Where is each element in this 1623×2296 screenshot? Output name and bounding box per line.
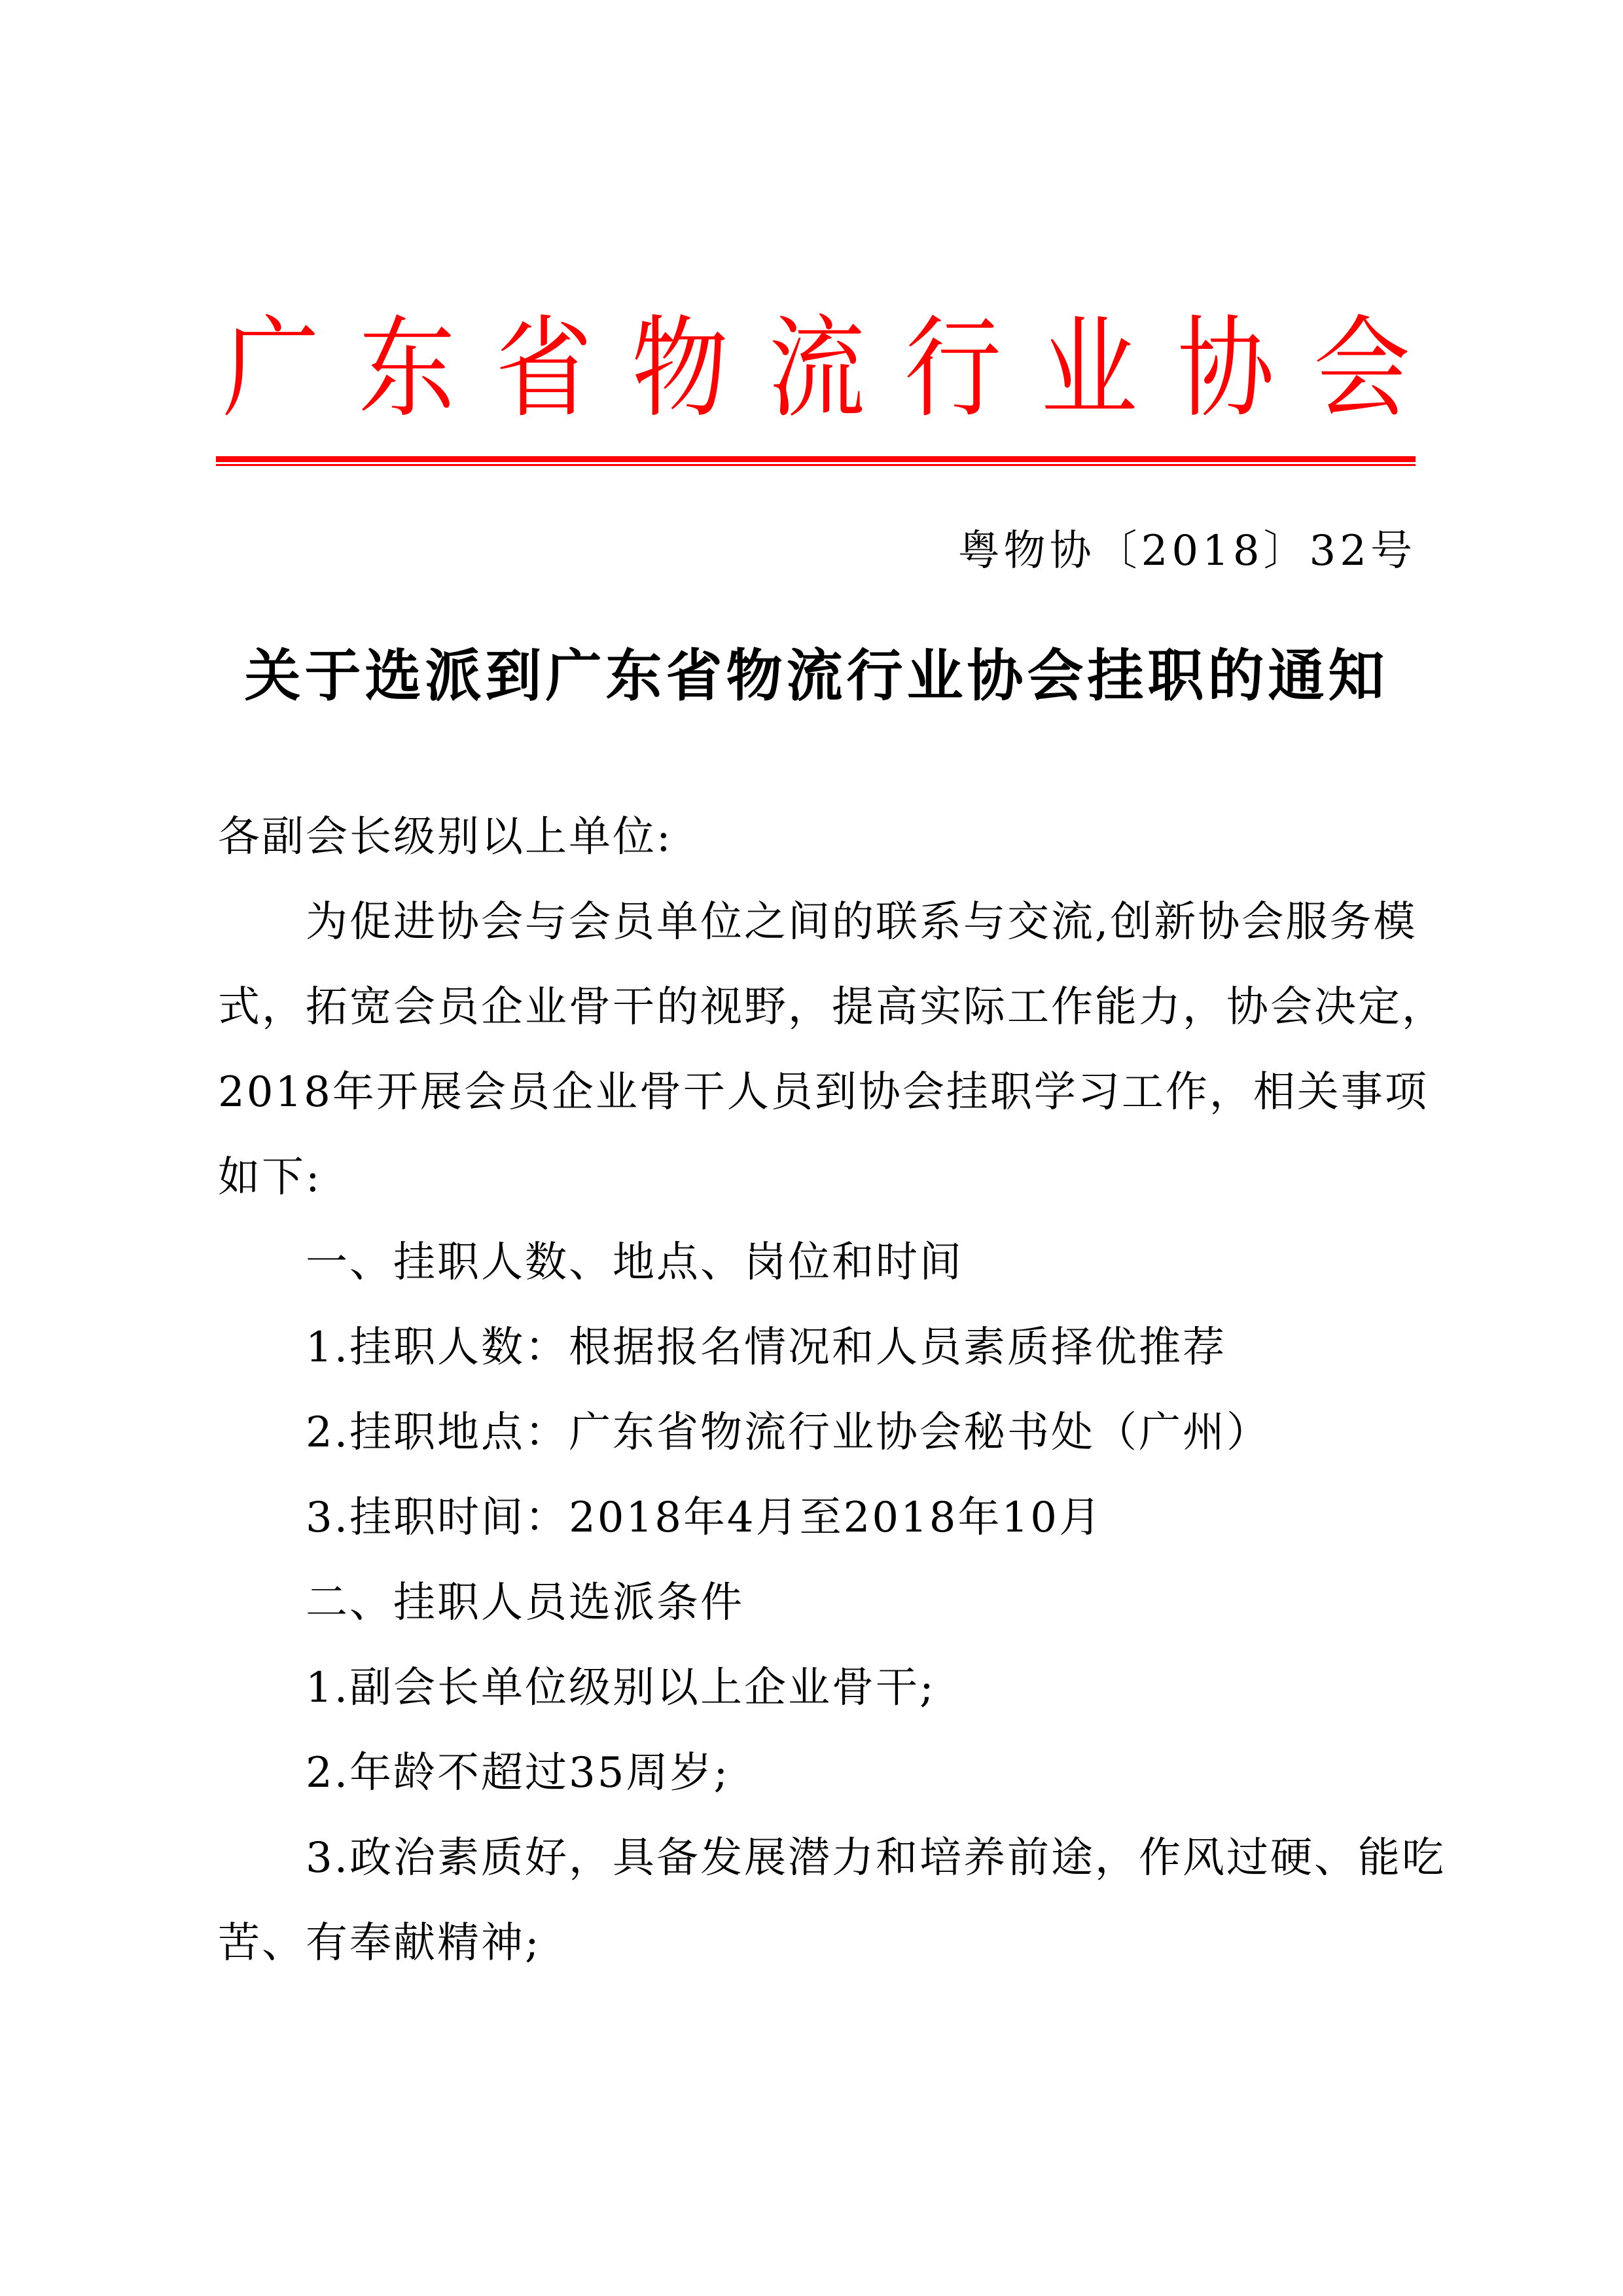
list-item: 2.挂职地点：广东省物流行业协会秘书处（广州）: [218, 1390, 1416, 1475]
letterhead-divider-thin: [216, 464, 1416, 466]
paragraph-line: 如下:: [218, 1135, 1416, 1220]
letterhead-organization-name: 广 东 省 物 流 行 业 协 会: [216, 300, 1417, 437]
letterhead-char: 业: [1041, 300, 1137, 437]
section-heading: 二、挂职人员选派条件: [218, 1560, 1416, 1645]
salutation: 各副会长级别以上单位:: [218, 795, 1416, 880]
letterhead-char: 会: [1313, 300, 1410, 437]
paragraph-line: 式，拓宽会员企业骨干的视野，提高实际工作能力，协会决定，: [218, 965, 1416, 1050]
item-value: 根据报名情况和人员素质择优推荐: [569, 1323, 1226, 1372]
letterhead-char: 行: [904, 300, 1001, 437]
document-body: 各副会长级别以上单位: 为促进协会与会员单位之间的联系与交流,创新协会服务模 式…: [218, 795, 1416, 1986]
section-heading: 一、挂职人数、地点、岗位和时间: [218, 1220, 1416, 1305]
letterhead-char: 协: [1177, 300, 1274, 437]
document-page: 广 东 省 物 流 行 业 协 会 粤物协〔2018〕32号 关于选派到广东省物…: [0, 0, 1623, 2296]
list-item: 1.副会长单位级别以上企业骨干;: [218, 1645, 1416, 1731]
letterhead-char: 广: [223, 300, 319, 437]
list-item-continuation: 苦、有奉献精神;: [218, 1901, 1416, 1986]
list-item: 1.挂职人数：根据报名情况和人员素质择优推荐: [218, 1305, 1416, 1390]
item-value: 2018年4月至2018年10月: [569, 1494, 1103, 1542]
letterhead-char: 流: [768, 300, 865, 437]
paragraph-line: 2018年开展会员企业骨干人员到协会挂职学习工作，相关事项: [218, 1050, 1416, 1135]
item-label: 2.挂职地点：: [306, 1408, 569, 1457]
list-item: 3.挂职时间：2018年4月至2018年10月: [218, 1475, 1416, 1560]
list-item: 2.年龄不超过35周岁;: [218, 1731, 1416, 1816]
letterhead-char: 物: [632, 300, 728, 437]
document-title: 关于选派到广东省物流行业协会挂职的通知: [216, 634, 1417, 719]
item-value: 广东省物流行业协会秘书处（广州）: [569, 1408, 1270, 1457]
item-label: 3.挂职时间：: [306, 1494, 569, 1542]
paragraph-line: 为促进协会与会员单位之间的联系与交流,创新协会服务模: [218, 880, 1416, 965]
letterhead-char: 省: [495, 300, 592, 437]
document-number: 粤物协〔2018〕32号: [958, 518, 1416, 584]
letterhead-divider-thick: [216, 456, 1416, 462]
letterhead-char: 东: [359, 300, 455, 437]
item-label: 1.挂职人数：: [306, 1323, 569, 1372]
list-item: 3.政治素质好，具备发展潜力和培养前途，作风过硬、能吃: [218, 1816, 1416, 1901]
